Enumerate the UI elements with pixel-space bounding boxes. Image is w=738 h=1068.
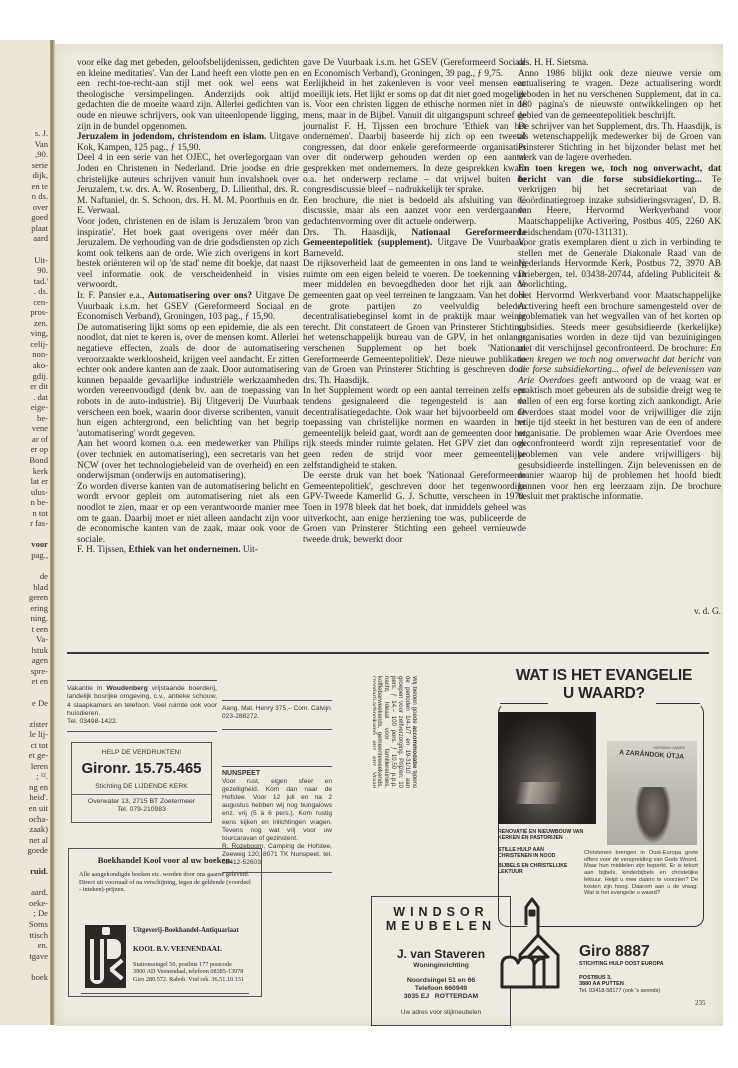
ad-henry: Aang. Mat. Henry 375,– Com. Calvijn 023-… bbox=[222, 700, 332, 730]
adjacent-page-line: Van bbox=[0, 139, 48, 150]
ad-evangelie-label: RENOVATIE EN NIEUWBOUW VAN KERKEN EN PAS… bbox=[498, 829, 598, 841]
ad-woudenberg: Vakantie in Woudenberg vrijstaande boerd… bbox=[67, 680, 217, 732]
adjacent-page-line: plaat bbox=[0, 223, 48, 234]
adjacent-page-line: net al bbox=[0, 835, 48, 846]
ad-voorthuizen: Wij bieden goede accommodatie tijdens de… bbox=[373, 676, 417, 788]
adjacent-page-line: serie bbox=[0, 160, 48, 171]
magazine-page: voor elke dag met gebeden, geloofsbelijd… bbox=[55, 44, 723, 1026]
adjacent-page-line: tgave bbox=[0, 951, 48, 962]
ad-evangelie-headline-line1: WAT IS HET EVANGELIE bbox=[496, 667, 712, 685]
adjacent-page-line: Bond bbox=[0, 455, 48, 466]
adjacent-page-line: er dit bbox=[0, 381, 48, 392]
adjacent-page-line: ving, bbox=[0, 328, 48, 339]
article-paragraph: Voor joden, christenen en de islam is Je… bbox=[77, 217, 299, 291]
article-paragraph: drs. H. H. Sietsma. bbox=[518, 58, 721, 69]
adjacent-page-line: lstuk bbox=[0, 645, 48, 656]
adjacent-page-line: ning. bbox=[0, 613, 48, 624]
adjacent-page-line: over bbox=[0, 202, 48, 213]
article-paragraph: In het Supplement wordt op een aantal te… bbox=[303, 386, 526, 471]
article-paragraph: Drs. Th. Haasdijk, Nationaal Gereformeer… bbox=[303, 228, 526, 260]
text: Deel 4 in een serie van het OJEC, het ov… bbox=[77, 153, 299, 216]
adjacent-page-line: ering bbox=[0, 603, 48, 614]
book-title: A ZARÁNDOK ÚTJA bbox=[619, 748, 697, 762]
ad-hulp-oost-europa: WAT IS HET EVANGELIE U WAARD? HERMAN JAN… bbox=[496, 667, 716, 1017]
text: De automatisering lijkt soms op een epid… bbox=[77, 323, 299, 439]
text: De rijksoverheid laat de gemeenten in on… bbox=[303, 259, 526, 386]
adjacent-page-line: pag., bbox=[0, 550, 48, 561]
adjacent-page-line: e De bbox=[0, 698, 48, 709]
adjacent-page-line: ruid. bbox=[0, 866, 48, 877]
adjacent-page-line: ; De bbox=[0, 908, 48, 919]
adjacent-page-line: boek bbox=[0, 972, 48, 983]
adjacent-page-line: goed bbox=[0, 212, 48, 223]
ad-evangelie-label: STILLE HULP AAN CHRISTENEN IN NOOD bbox=[498, 847, 578, 859]
ad-evangelie-headline-line2: U WAARD? bbox=[496, 685, 712, 703]
adjacent-page-line: en uit bbox=[0, 803, 48, 814]
ad-voorthuizen-bold: accommodatie bbox=[411, 726, 417, 769]
adjacent-page-line: vene bbox=[0, 423, 48, 434]
ad-kool-divider bbox=[81, 993, 249, 994]
ad-nunspeet-body: Voor rust, eigen sfeer en gezelligheid. … bbox=[222, 778, 332, 843]
article-paragraph: Aan het woord komen o.a. een medewerker … bbox=[77, 439, 299, 481]
article-paragraph: Ir. F. Pansier e.a., Automatisering over… bbox=[77, 291, 299, 323]
ad-kool-body: Alle aangekondigde boeken etc. worden do… bbox=[79, 871, 251, 894]
book-figure-illustration bbox=[635, 787, 671, 843]
adjacent-page-line: ng en bbox=[0, 782, 48, 793]
adjacent-page-line: eige- bbox=[0, 402, 48, 413]
adjacent-page-line: cen- bbox=[0, 297, 48, 308]
article-paragraph: Deel 4 in een serie van het OJEC, het ov… bbox=[77, 153, 299, 217]
adjacent-page-line: er op bbox=[0, 444, 48, 455]
page-number: 235 bbox=[695, 999, 706, 1007]
ad-woudenberg-tel: Tel. 03498-1422. bbox=[67, 718, 118, 725]
adjacent-page-line bbox=[0, 244, 48, 255]
ad-voorthuizen-body: tijdens de perioden 1/4-1/7 en 19-31/10 … bbox=[373, 676, 417, 788]
ad-windsor-tagline: Uw adres voor stijlmeubelen bbox=[372, 1009, 510, 1016]
text: Uit- bbox=[241, 545, 258, 555]
adjacent-page-line: ,90. bbox=[0, 149, 48, 160]
article-paragraph: En toen kregen we, toch nog onverwacht, … bbox=[518, 164, 721, 238]
book-author: HERMAN JANSS bbox=[654, 745, 685, 750]
adjacent-page-line: celij- bbox=[0, 339, 48, 350]
adjacent-page-text: s. J.Van,90.seriedijk,en ten ds.overgoed… bbox=[0, 128, 48, 982]
ad-woudenberg-pre: Vakantie in bbox=[67, 685, 106, 692]
article-paragraph: Een brochure, die niet is bedoeld als af… bbox=[303, 196, 526, 228]
adjacent-page-line: kerk bbox=[0, 466, 48, 477]
adjacent-page-line: n ds. bbox=[0, 191, 48, 202]
article-paragraph: Voor gratis exemplaren dient u zich in v… bbox=[518, 238, 721, 291]
book-title: Ethiek van het ondernemen. bbox=[128, 545, 240, 555]
article-paragraph: Zo worden diverse kanten van de automati… bbox=[77, 482, 299, 546]
adjacent-page-line: ; ¹². bbox=[0, 771, 48, 782]
adjacent-page-line: en. bbox=[0, 940, 48, 951]
article-paragraph: F. H. Tijssen, Ethiek van het ondernemen… bbox=[77, 545, 299, 556]
ad-verdrukten-tel: Tel. 079-210983 bbox=[72, 806, 211, 814]
ad-windsor-brand: WINDSOR bbox=[372, 905, 510, 919]
ad-woudenberg-place: Woudenberg bbox=[106, 685, 147, 692]
text: Het Hervormd Werkverband voor Maatschapp… bbox=[518, 291, 721, 354]
article-signature: v. d. G. bbox=[518, 607, 721, 618]
book-title: En toen kregen we, toch nog onverwacht, … bbox=[518, 164, 721, 185]
text: Voor gratis exemplaren dient u zich in v… bbox=[518, 238, 721, 290]
church-icon bbox=[498, 895, 578, 991]
adjacent-page-line: Soms bbox=[0, 919, 48, 930]
adjacent-page-line: le lij- bbox=[0, 729, 48, 740]
ad-voorthuizen-pre: Wij bieden goede bbox=[411, 676, 417, 726]
text: In het Supplement wordt op een aantal te… bbox=[303, 386, 526, 470]
adjacent-page-line: tad.' bbox=[0, 276, 48, 287]
adjacent-page-line bbox=[0, 856, 48, 867]
text: De schrijver van het Supplement, drs. Th… bbox=[518, 122, 721, 164]
adjacent-page-line: leren bbox=[0, 761, 48, 772]
adjacent-page-line: agen bbox=[0, 655, 48, 666]
text: voor elke dag met gebeden, geloofsbelijd… bbox=[77, 58, 299, 132]
adjacent-page-line bbox=[0, 877, 48, 888]
ad-windsor-meubelen: WINDSOR MEUBELEN J. van Staveren Woningi… bbox=[371, 896, 511, 1026]
adjacent-page-line: gdij. bbox=[0, 371, 48, 382]
article-signature-wrap: v. d. G. bbox=[518, 607, 721, 618]
text: Eerlijkheid in het zakenleven is voor ve… bbox=[303, 79, 526, 195]
ad-kool-address-line: 3900 AD Veenendaal, telefoon 08385-13978 bbox=[133, 968, 244, 975]
ad-evangelie-frame-line bbox=[500, 703, 548, 704]
adjacent-page-line: zaak) bbox=[0, 824, 48, 835]
adjacent-page-line: zen. bbox=[0, 318, 48, 329]
ad-windsor-subtitle: Woninginrichting bbox=[372, 962, 510, 969]
text: Zo worden diverse kanten van de automati… bbox=[77, 482, 299, 545]
text: Een brochure, die niet is bedoeld als af… bbox=[303, 196, 526, 227]
article-column-2: gave De Vuurbaak i.s.m. het GSEV (Gerefo… bbox=[303, 58, 526, 545]
article-paragraph: voor elke dag met gebeden, geloofsbelijd… bbox=[77, 58, 299, 132]
prefix: Ir. F. Pansier e.a., bbox=[77, 291, 148, 301]
text: Voor joden, christenen en de islam is Je… bbox=[77, 217, 299, 291]
article-paragraph: gave De Vuurbaak i.s.m. het GSEV (Gerefo… bbox=[303, 58, 526, 79]
adjacent-page-line: spre- bbox=[0, 666, 48, 677]
ad-windsor-address: Noordsingel 51 en 66 Telefoon 660949 303… bbox=[372, 977, 510, 1002]
adjacent-page-line: n tot bbox=[0, 508, 48, 519]
adjacent-page-line: ocha- bbox=[0, 814, 48, 825]
ad-verdrukten-divider bbox=[72, 794, 211, 795]
adjacent-page-line: oeke- bbox=[0, 898, 48, 909]
article-column-3: drs. H. H. Sietsma.Anno 1986 blijkt ook … bbox=[518, 58, 721, 503]
suffix: geeft antwoord op de vraag wat er prakti… bbox=[518, 376, 721, 503]
article-paragraph: Anno 1986 blijkt ook deze nieuwe versie … bbox=[518, 69, 721, 122]
adjacent-page-line bbox=[0, 560, 48, 571]
ad-kool-company: Uitgeverij-Boekhandel-Antiquariaat bbox=[133, 927, 239, 934]
ad-evangelie-address: POSTBUS 3, 3880 AA PUTTEN Tel. 03418-581… bbox=[579, 975, 660, 994]
adjacent-page-line: non- bbox=[0, 349, 48, 360]
ad-evangelie-headline: WAT IS HET EVANGELIE U WAARD? bbox=[496, 667, 712, 703]
adjacent-page-line: aard. bbox=[0, 887, 48, 898]
ad-evangelie-photo bbox=[498, 712, 596, 824]
adjacent-page-line: aard bbox=[0, 233, 48, 244]
text: Aan het woord komen o.a. een medewerker … bbox=[77, 439, 299, 481]
adjacent-page-line: voor bbox=[0, 539, 48, 550]
ad-evangelie-description: Christenen brengen in Oost-Europa grote … bbox=[584, 850, 698, 897]
adjacent-page-line: s. J. bbox=[0, 128, 48, 139]
ad-windsor-address-line: 3035 EJ ROTTERDAM bbox=[372, 993, 510, 1001]
ad-voorthuizen-text: Wij bieden goede accommodatie tijdens de… bbox=[373, 676, 417, 788]
article-paragraph: De schrijver van het Supplement, drs. Th… bbox=[518, 122, 721, 164]
adjacent-page-line: Uit- bbox=[0, 255, 48, 266]
ad-windsor-brand: MEUBELEN bbox=[372, 919, 510, 933]
adjacent-page-sliver: s. J.Van,90.seriedijk,en ten ds.overgoed… bbox=[0, 40, 52, 1025]
adjacent-page-line: et en bbox=[0, 676, 48, 687]
article-paragraph: De eerste druk van het boek 'Nationaal G… bbox=[303, 471, 526, 545]
prefix: F. H. Tijssen, bbox=[77, 545, 128, 555]
adjacent-page-line: r fas- bbox=[0, 518, 48, 529]
ad-verdrukten-header: HELP DE VERDRUKTEN! bbox=[72, 748, 211, 757]
adjacent-page-line: zister bbox=[0, 719, 48, 730]
ad-windsor-address-line: Noordsingel 51 en 66 bbox=[372, 977, 510, 985]
prefix: Drs. Th. Haasdijk, bbox=[303, 228, 412, 238]
ad-evangelie-giro: Giro 8887 bbox=[579, 944, 650, 960]
adjacent-page-line: heid'. bbox=[0, 792, 48, 803]
article-paragraph: De rijksoverheid laat de gemeenten in on… bbox=[303, 259, 526, 386]
article-column-1: voor elke dag met gebeden, geloofsbelijd… bbox=[77, 58, 299, 556]
ad-boekhandel-kool: Boekhandel Kool voor al uw boeken. Alle … bbox=[68, 848, 262, 997]
adjacent-page-line: ar of bbox=[0, 434, 48, 445]
adjacent-page-line: geren bbox=[0, 592, 48, 603]
article-paragraph: Eerlijkheid in het zakenleven is voor ve… bbox=[303, 79, 526, 196]
adjacent-page-line: goede bbox=[0, 845, 48, 856]
ad-kool-address: Stationssingel 50, postbus 177 postcode … bbox=[133, 961, 244, 983]
adjacent-page-line: 90. bbox=[0, 265, 48, 276]
ad-evangelie-label: BIJBELS EN CHRISTELIJKE LEKTUUR bbox=[498, 863, 578, 875]
ad-kool-company-name: KOOL B.V. VEENENDAAL bbox=[133, 944, 222, 953]
adjacent-page-line: ako- bbox=[0, 360, 48, 371]
section-divider bbox=[67, 652, 709, 654]
ad-nunspeet-heading: NUNSPEET bbox=[222, 770, 332, 778]
adjacent-page-line bbox=[0, 529, 48, 540]
ad-evangelie-tel: Tel. 03418-58177 (ook 's avonds) bbox=[579, 988, 660, 994]
adjacent-page-line: blad bbox=[0, 582, 48, 593]
book-title: Jeruzalem in jodendom, christendom en is… bbox=[77, 132, 266, 142]
article-paragraph: Jeruzalem in jodendom, christendom en is… bbox=[77, 132, 299, 153]
adjacent-page-line: Va- bbox=[0, 634, 48, 645]
ad-windsor-address-line: Telefoon 660949 bbox=[372, 985, 510, 993]
adjacent-page-line: pros- bbox=[0, 307, 48, 318]
adjacent-page-line: lat er bbox=[0, 476, 48, 487]
adjacent-page-line: be- bbox=[0, 413, 48, 424]
ad-windsor-name: J. van Staveren bbox=[372, 947, 510, 961]
adjacent-page-line: . dat bbox=[0, 392, 48, 403]
adjacent-page-line: . ds. bbox=[0, 286, 48, 297]
ad-evangelie-frame-line bbox=[656, 703, 700, 704]
ad-verdrukten-giro: Gironr. 15.75.465 bbox=[72, 760, 211, 778]
ad-evangelie-postbus: POSTBUS 3, bbox=[579, 975, 612, 981]
adjacent-page-line: ulus- bbox=[0, 487, 48, 498]
adjacent-page-line bbox=[0, 961, 48, 972]
ad-evangelie-city: 3880 AA PUTTEN bbox=[579, 981, 624, 987]
adjacent-page-line: et ge- bbox=[0, 750, 48, 761]
ad-kool-address-line: Stationssingel 50, postbus 177 postcode bbox=[133, 961, 244, 968]
adjacent-page-line: de bbox=[0, 571, 48, 582]
article-paragraph: Het Hervormd Werkverband voor Maatschapp… bbox=[518, 291, 721, 503]
book-title: Automatisering over ons? bbox=[148, 291, 252, 301]
text: De eerste druk van het boek 'Nationaal G… bbox=[303, 471, 526, 545]
adjacent-page-line: ttisch bbox=[0, 930, 48, 941]
ad-evangelie-org: STICHTING HULP OOST EUROPA bbox=[579, 961, 664, 967]
kool-logo-icon bbox=[85, 925, 126, 988]
text: drs. H. H. Sietsma. bbox=[518, 58, 589, 68]
adjacent-page-line: dijk, bbox=[0, 170, 48, 181]
adjacent-page-line: n be- bbox=[0, 497, 48, 508]
ad-help-de-verdrukten: HELP DE VERDRUKTEN! Gironr. 15.75.465 St… bbox=[71, 742, 212, 823]
ad-kool-address-line: Giro 280.572. Rabob. Vnd rek. 36.51.10.1… bbox=[133, 976, 244, 983]
adjacent-page-line: ct tot bbox=[0, 740, 48, 751]
text: gave De Vuurbaak i.s.m. het GSEV (Gerefo… bbox=[303, 58, 526, 79]
adjacent-page-line: t een bbox=[0, 624, 48, 635]
adjacent-page-line bbox=[0, 687, 48, 698]
adjacent-page-line bbox=[0, 708, 48, 719]
ad-kool-title: Boekhandel Kool voor al uw boeken. bbox=[79, 855, 251, 865]
text: Anno 1986 blijkt ook deze nieuwe versie … bbox=[518, 69, 721, 121]
ad-verdrukten-org: Stichting DE LIJDENDE KERK bbox=[72, 782, 211, 791]
ad-verdrukten-address: Overwater 13, 2715 BT Zoetermeer bbox=[72, 798, 211, 806]
article-paragraph: De automatisering lijkt soms op een epid… bbox=[77, 323, 299, 440]
book-cover-image: HERMAN JANSS A ZARÁNDOK ÚTJA bbox=[607, 741, 697, 845]
adjacent-page-line: en te bbox=[0, 181, 48, 192]
